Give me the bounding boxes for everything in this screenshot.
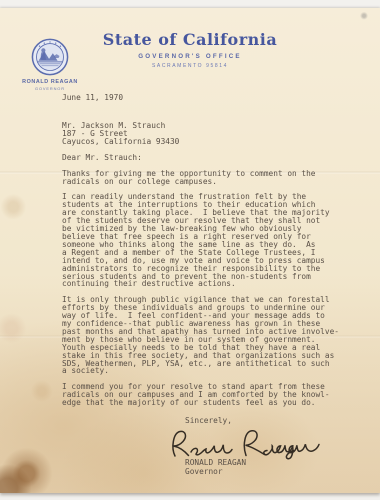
signature-block bbox=[166, 427, 346, 459]
letterhead-state-title: State of California bbox=[0, 30, 380, 49]
body-paragraph: It is only through public vigilance that… bbox=[62, 296, 346, 375]
recipient-address: Mr. Jackson M. Strauch 187 - G Street Ca… bbox=[62, 122, 346, 146]
letter-date: June 11, 1970 bbox=[62, 94, 123, 102]
body-paragraph: I can readily understand the frustration… bbox=[62, 193, 346, 288]
typed-signature-title: Governor bbox=[185, 468, 346, 476]
letterhead-center-block: State of California GOVERNOR'S OFFICE SA… bbox=[0, 30, 380, 69]
salutation: Dear Mr. Strauch: bbox=[62, 154, 346, 162]
letterhead-office-line: GOVERNOR'S OFFICE bbox=[0, 53, 380, 60]
body-paragraph: Thanks for giving me the opportunity to … bbox=[62, 170, 346, 186]
letterhead-address-line: SACRAMENTO 95814 bbox=[0, 63, 380, 69]
letter-paper: RONALD REAGAN GOVERNOR State of Californ… bbox=[0, 8, 380, 493]
letterhead-official-title: GOVERNOR bbox=[6, 86, 94, 91]
closing-salutation: Sincerely, bbox=[185, 417, 346, 425]
scanned-letter: RONALD REAGAN GOVERNOR State of Californ… bbox=[0, 0, 380, 500]
ronald-reagan-signature bbox=[166, 427, 334, 461]
body-paragraph: I commend you for your resolve to stand … bbox=[62, 383, 346, 407]
letter-body: Mr. Jackson M. Strauch 187 - G Street Ca… bbox=[62, 122, 346, 476]
letterhead-official-name: RONALD REAGAN bbox=[6, 79, 94, 85]
